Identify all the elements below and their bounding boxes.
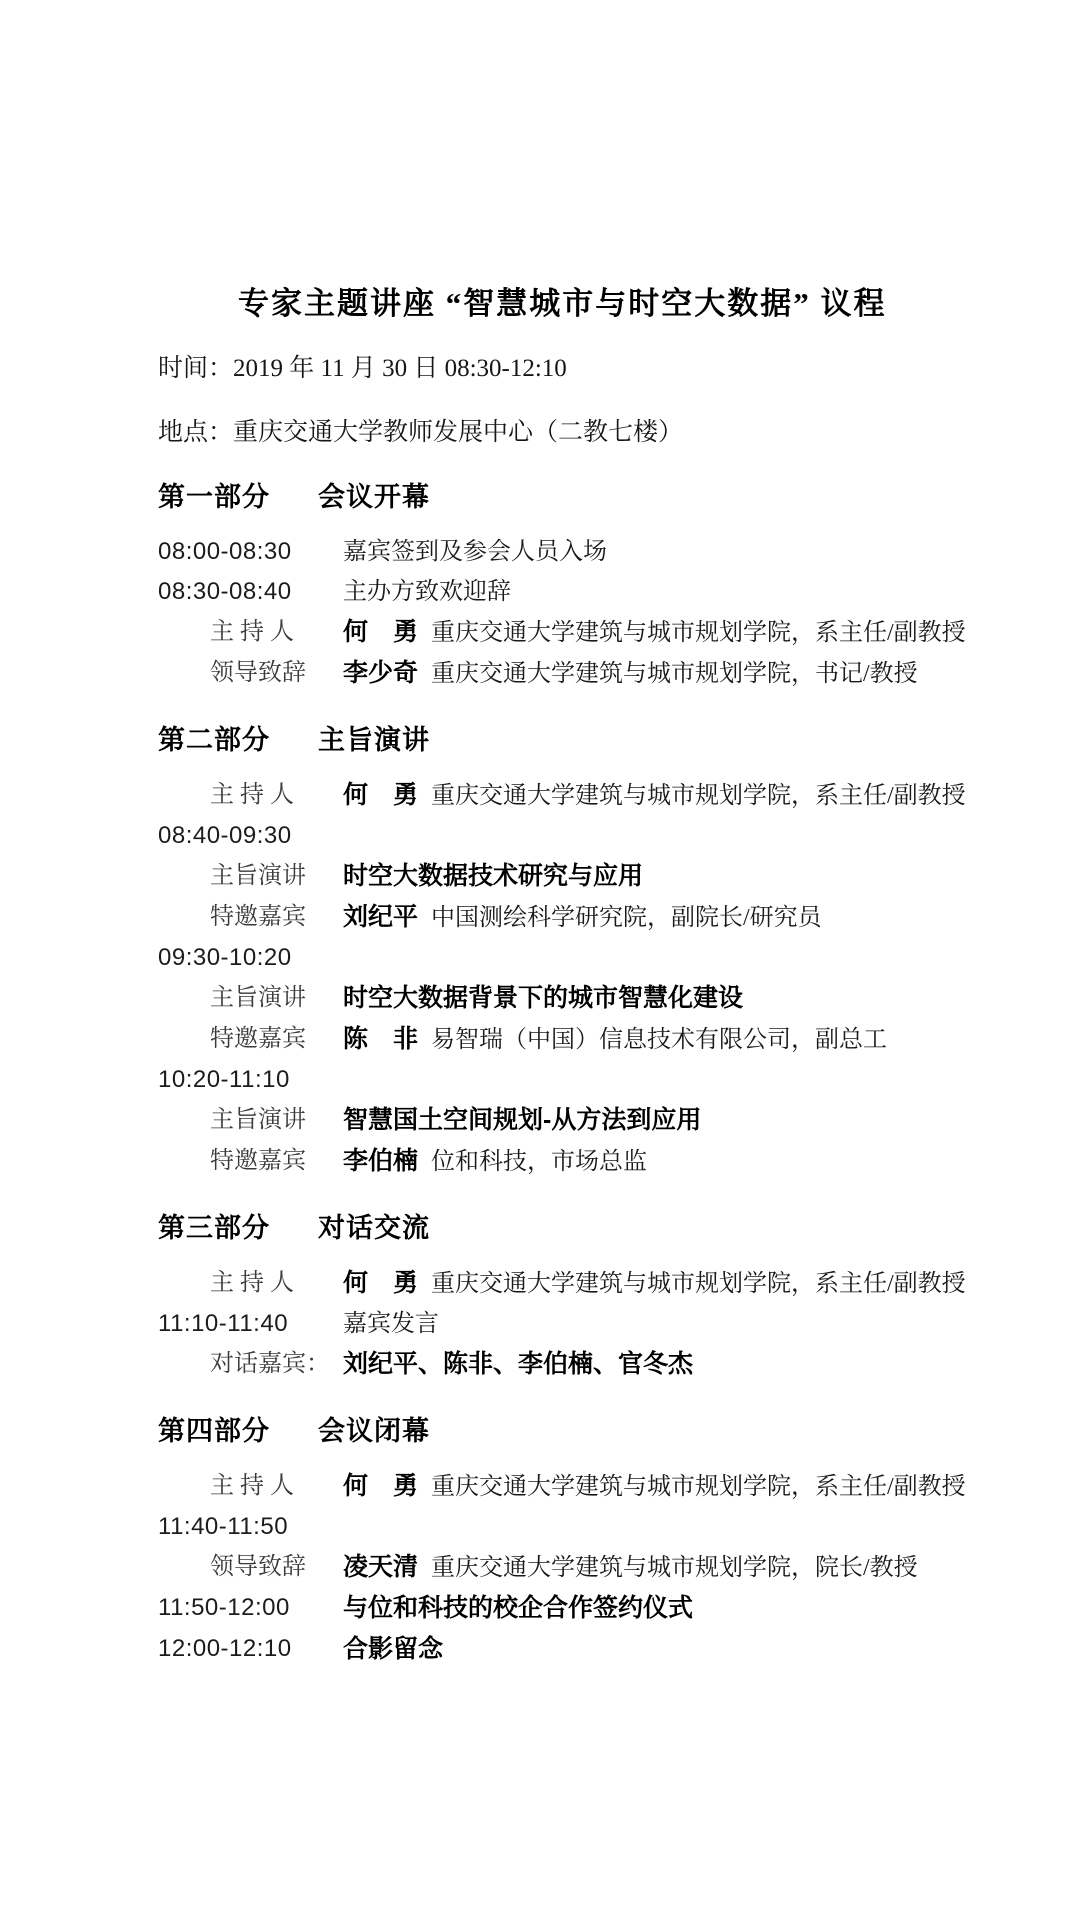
row-label: 主 持 人 <box>158 612 294 652</box>
agenda-row: 08:40-09:30 <box>158 816 1054 856</box>
row-text: 主办方致欢迎辞 <box>343 579 511 605</box>
row-left-cell: 领导致辞 <box>158 653 343 694</box>
meta-location-line: 地点：重庆交通大学教师发展中心（二教七楼） <box>158 414 1054 451</box>
document-title: 专家主题讲座 “智慧城市与时空大数据” 议程 <box>238 278 1054 323</box>
row-left-cell: 领导致辞 <box>158 1547 343 1588</box>
agenda-section: 第二部分主旨演讲主 持 人何 勇重庆交通大学建筑与城市规划学院，系主任/副教授0… <box>158 718 1054 1182</box>
agenda-row: 主 持 人何 勇重庆交通大学建筑与城市规划学院，系主任/副教授 <box>158 612 1054 653</box>
row-label: 领导致辞 <box>158 653 306 693</box>
row-content-cell: 时空大数据背景下的城市智慧化建设 <box>343 978 1054 1019</box>
row-left-cell: 特邀嘉宾 <box>158 1019 343 1060</box>
row-label: 主旨演讲 <box>158 1100 306 1140</box>
row-content-cell: 刘纪平中国测绘科学研究院，副院长/研究员 <box>343 897 1054 938</box>
speaker-name: 凌天清 <box>343 1553 418 1581</box>
agenda-section: 第一部分会议开幕08:00-08:30嘉宾签到及参会人员入场08:30-08:4… <box>158 475 1054 694</box>
row-label: 特邀嘉宾 <box>158 897 306 937</box>
agenda-row: 11:10-11:40嘉宾发言 <box>158 1304 1054 1344</box>
row-text-bold: 合影留念 <box>343 1635 443 1663</box>
row-text: 重庆交通大学建筑与城市规划学院，书记/教授 <box>431 661 918 687</box>
agenda-row: 12:00-12:10合影留念 <box>158 1629 1054 1670</box>
agenda-row: 对话嘉宾：刘纪平、陈非、李伯楠、官冬杰 <box>158 1344 1054 1385</box>
row-left-cell: 主旨演讲 <box>158 856 343 897</box>
speaker-name: 何 勇 <box>343 1472 418 1500</box>
time-range: 09:30-10:20 <box>158 944 292 971</box>
row-left-cell: 08:00-08:30 <box>158 532 343 572</box>
time-range: 10:20-11:10 <box>158 1066 290 1093</box>
row-text-bold: 智慧国土空间规划-从方法到应用 <box>343 1106 701 1134</box>
row-left-cell: 主 持 人 <box>158 1263 343 1304</box>
row-content-cell: 主办方致欢迎辞 <box>343 572 1054 612</box>
section-number: 第二部分 <box>158 725 270 755</box>
row-left-cell: 主旨演讲 <box>158 1100 343 1141</box>
row-left-cell: 08:40-09:30 <box>158 816 343 856</box>
speaker-name: 刘纪平 <box>343 903 418 931</box>
row-text: 重庆交通大学建筑与城市规划学院，院长/教授 <box>431 1555 918 1581</box>
row-content-cell <box>343 816 1054 856</box>
row-label: 特邀嘉宾 <box>158 1141 306 1181</box>
row-content-cell: 与位和科技的校企合作签约仪式 <box>343 1588 1054 1629</box>
agenda-row: 领导致辞李少奇重庆交通大学建筑与城市规划学院，书记/教授 <box>158 653 1054 694</box>
row-text: 位和科技，市场总监 <box>431 1149 647 1175</box>
section-heading: 第四部分会议闭幕 <box>158 1409 1054 1448</box>
row-content-cell: 智慧国土空间规划-从方法到应用 <box>343 1100 1054 1141</box>
section-title: 会议开幕 <box>318 482 430 512</box>
time-range: 12:00-12:10 <box>158 1635 292 1662</box>
row-left-cell: 主 持 人 <box>158 775 343 816</box>
time-range: 08:00-08:30 <box>158 538 292 565</box>
speaker-name: 李伯楠 <box>343 1147 418 1175</box>
row-content-cell <box>343 1060 1054 1100</box>
row-text-bold: 时空大数据背景下的城市智慧化建设 <box>343 984 743 1012</box>
agenda-sections: 第一部分会议开幕08:00-08:30嘉宾签到及参会人员入场08:30-08:4… <box>158 475 1054 1670</box>
time-range: 11:40-11:50 <box>158 1513 288 1540</box>
agenda-row: 特邀嘉宾李伯楠位和科技，市场总监 <box>158 1141 1054 1182</box>
row-content-cell: 嘉宾发言 <box>343 1304 1054 1344</box>
speaker-name: 何 勇 <box>343 618 418 646</box>
row-content-cell <box>343 1507 1054 1547</box>
agenda-row: 09:30-10:20 <box>158 938 1054 978</box>
speaker-name: 何 勇 <box>343 781 418 809</box>
row-left-cell: 09:30-10:20 <box>158 938 343 978</box>
row-left-cell: 主 持 人 <box>158 1466 343 1507</box>
row-left-cell: 主 持 人 <box>158 612 343 653</box>
agenda-row: 领导致辞凌天清重庆交通大学建筑与城市规划学院，院长/教授 <box>158 1547 1054 1588</box>
row-content-cell: 合影留念 <box>343 1629 1054 1670</box>
section-title: 主旨演讲 <box>318 725 430 755</box>
agenda-section: 第三部分对话交流主 持 人何 勇重庆交通大学建筑与城市规划学院，系主任/副教授1… <box>158 1206 1054 1385</box>
row-label: 主 持 人 <box>158 1466 294 1506</box>
row-left-cell: 对话嘉宾： <box>158 1344 343 1385</box>
agenda-row: 11:50-12:00与位和科技的校企合作签约仪式 <box>158 1588 1054 1629</box>
row-text-bold: 刘纪平、陈非、李伯楠、官冬杰 <box>343 1350 693 1378</box>
speaker-name: 何 勇 <box>343 1269 418 1297</box>
meta-time-line: 时间：2019 年 11 月 30 日 08:30-12:10 <box>158 350 1054 387</box>
row-label: 主旨演讲 <box>158 978 306 1018</box>
agenda-row: 08:30-08:40主办方致欢迎辞 <box>158 572 1054 612</box>
time-range: 08:30-08:40 <box>158 578 292 605</box>
row-text: 嘉宾签到及参会人员入场 <box>343 539 607 565</box>
agenda-row: 主 持 人何 勇重庆交通大学建筑与城市规划学院，系主任/副教授 <box>158 1263 1054 1304</box>
agenda-row: 主 持 人何 勇重庆交通大学建筑与城市规划学院，系主任/副教授 <box>158 775 1054 816</box>
time-label: 时间： <box>158 355 233 382</box>
row-content-cell: 李伯楠位和科技，市场总监 <box>343 1141 1054 1182</box>
row-left-cell: 08:30-08:40 <box>158 572 343 612</box>
row-text-bold: 时空大数据技术研究与应用 <box>343 862 643 890</box>
section-number: 第四部分 <box>158 1416 270 1446</box>
row-content-cell: 何 勇重庆交通大学建筑与城市规划学院，系主任/副教授 <box>343 1263 1054 1304</box>
agenda-row: 特邀嘉宾陈 非易智瑞（中国）信息技术有限公司，副总工 <box>158 1019 1054 1060</box>
row-label: 领导致辞 <box>158 1547 306 1587</box>
row-text: 嘉宾发言 <box>343 1311 439 1337</box>
agenda-row: 10:20-11:10 <box>158 1060 1054 1100</box>
agenda-row: 特邀嘉宾刘纪平中国测绘科学研究院，副院长/研究员 <box>158 897 1054 938</box>
row-content-cell: 嘉宾签到及参会人员入场 <box>343 532 1054 572</box>
row-left-cell: 特邀嘉宾 <box>158 897 343 938</box>
row-text-bold: 与位和科技的校企合作签约仪式 <box>343 1594 693 1622</box>
row-content-cell: 刘纪平、陈非、李伯楠、官冬杰 <box>343 1344 1054 1385</box>
row-left-cell: 特邀嘉宾 <box>158 1141 343 1182</box>
row-left-cell: 10:20-11:10 <box>158 1060 343 1100</box>
agenda-row: 主旨演讲智慧国土空间规划-从方法到应用 <box>158 1100 1054 1141</box>
row-text: 重庆交通大学建筑与城市规划学院，系主任/副教授 <box>431 620 966 646</box>
row-text: 重庆交通大学建筑与城市规划学院，系主任/副教授 <box>431 1271 966 1297</box>
agenda-row: 主旨演讲时空大数据背景下的城市智慧化建设 <box>158 978 1054 1019</box>
agenda-document: 专家主题讲座 “智慧城市与时空大数据” 议程 时间：2019 年 11 月 30… <box>0 0 1080 1920</box>
row-text: 中国测绘科学研究院，副院长/研究员 <box>431 905 822 931</box>
row-label: 特邀嘉宾 <box>158 1019 306 1059</box>
section-title: 对话交流 <box>318 1213 430 1243</box>
time-range: 11:10-11:40 <box>158 1310 288 1337</box>
row-left-cell: 11:40-11:50 <box>158 1507 343 1547</box>
section-heading: 第三部分对话交流 <box>158 1206 1054 1245</box>
row-label: 主旨演讲 <box>158 856 306 896</box>
row-left-cell: 12:00-12:10 <box>158 1629 343 1670</box>
section-heading: 第一部分会议开幕 <box>158 475 1054 514</box>
section-number: 第一部分 <box>158 482 270 512</box>
time-range: 11:50-12:00 <box>158 1594 290 1621</box>
agenda-section: 第四部分会议闭幕主 持 人何 勇重庆交通大学建筑与城市规划学院，系主任/副教授1… <box>158 1409 1054 1670</box>
row-left-cell: 11:50-12:00 <box>158 1588 343 1629</box>
row-left-cell: 11:10-11:40 <box>158 1304 343 1344</box>
section-number: 第三部分 <box>158 1213 270 1243</box>
row-content-cell <box>343 938 1054 978</box>
location-value: 重庆交通大学教师发展中心（二教七楼） <box>233 419 683 446</box>
section-title: 会议闭幕 <box>318 1416 430 1446</box>
row-content-cell: 凌天清重庆交通大学建筑与城市规划学院，院长/教授 <box>343 1547 1054 1588</box>
row-label: 主 持 人 <box>158 775 294 815</box>
row-text: 易智瑞（中国）信息技术有限公司，副总工 <box>431 1027 887 1053</box>
time-value: 2019 年 11 月 30 日 08:30-12:10 <box>233 355 567 382</box>
agenda-row: 主 持 人何 勇重庆交通大学建筑与城市规划学院，系主任/副教授 <box>158 1466 1054 1507</box>
agenda-row: 11:40-11:50 <box>158 1507 1054 1547</box>
row-content-cell: 何 勇重庆交通大学建筑与城市规划学院，系主任/副教授 <box>343 775 1054 816</box>
row-content-cell: 何 勇重庆交通大学建筑与城市规划学院，系主任/副教授 <box>343 612 1054 653</box>
row-text: 重庆交通大学建筑与城市规划学院，系主任/副教授 <box>431 783 966 809</box>
row-content-cell: 时空大数据技术研究与应用 <box>343 856 1054 897</box>
row-text: 重庆交通大学建筑与城市规划学院，系主任/副教授 <box>431 1474 966 1500</box>
location-label: 地点： <box>158 419 233 446</box>
row-content-cell: 何 勇重庆交通大学建筑与城市规划学院，系主任/副教授 <box>343 1466 1054 1507</box>
row-content-cell: 李少奇重庆交通大学建筑与城市规划学院，书记/教授 <box>343 653 1054 694</box>
section-heading: 第二部分主旨演讲 <box>158 718 1054 757</box>
speaker-name: 陈 非 <box>343 1025 418 1053</box>
speaker-name: 李少奇 <box>343 659 418 687</box>
row-label: 主 持 人 <box>158 1263 294 1303</box>
agenda-row: 主旨演讲时空大数据技术研究与应用 <box>158 856 1054 897</box>
row-left-cell: 主旨演讲 <box>158 978 343 1019</box>
time-range: 08:40-09:30 <box>158 822 292 849</box>
agenda-row: 08:00-08:30嘉宾签到及参会人员入场 <box>158 532 1054 572</box>
row-content-cell: 陈 非易智瑞（中国）信息技术有限公司，副总工 <box>343 1019 1054 1060</box>
row-label: 对话嘉宾： <box>158 1344 330 1384</box>
